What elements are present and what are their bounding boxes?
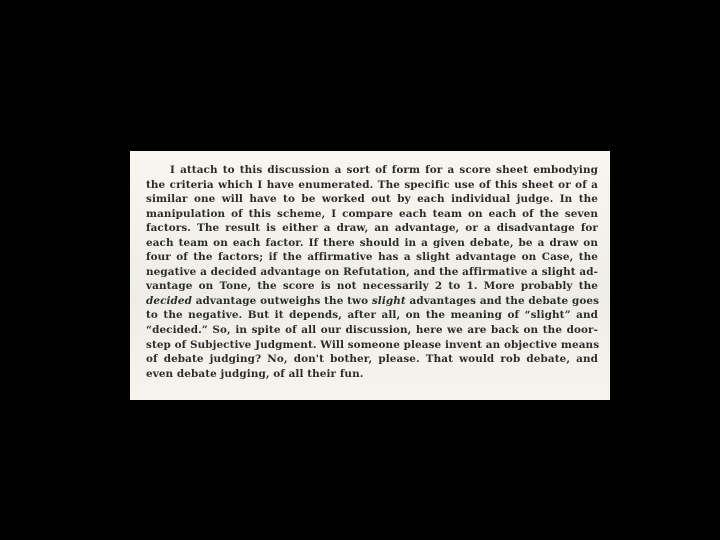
text-line-10-mid: advantage outweighs the two	[196, 295, 368, 307]
text-line-9: vantage on Tone, the score is not necess…	[146, 279, 598, 294]
body-paragraph: I attach to this discussion a sort of fo…	[146, 163, 598, 381]
text-line-14: of debate judging? No, don't bother, ple…	[146, 352, 598, 367]
text-line-12: “decided.” So, in spite of all our discu…	[146, 323, 598, 338]
text-line-7: four of the factors; if the affirmative …	[146, 250, 598, 265]
text-line-11: to the negative. But it depends, after a…	[146, 308, 598, 323]
text-line-10: decided advantage outweighs the two slig…	[146, 294, 598, 309]
text-line-3: similar one will have to be worked out b…	[146, 192, 598, 207]
italic-decided: decided	[146, 295, 192, 307]
text-line-4: manipulation of this scheme, I compare e…	[146, 207, 598, 222]
scanned-page: I attach to this discussion a sort of fo…	[130, 151, 610, 400]
text-line-2: the criteria which I have enumerated. Th…	[146, 178, 598, 193]
text-line-1: I attach to this discussion a sort of fo…	[146, 163, 598, 178]
text-line-6: each team on each factor. If there shoul…	[146, 236, 598, 251]
text-line-15: even debate judging, of all their fun.	[146, 367, 598, 382]
text-line-5: factors. The result is either a draw, an…	[146, 221, 598, 236]
italic-slight: slight	[372, 295, 406, 307]
text-line-13: step of Subjective Judgment. Will someon…	[146, 338, 598, 353]
text-line-8: negative a decided advantage on Refutati…	[146, 265, 598, 280]
text-line-10-end: advantages and the debate goes	[410, 295, 600, 307]
